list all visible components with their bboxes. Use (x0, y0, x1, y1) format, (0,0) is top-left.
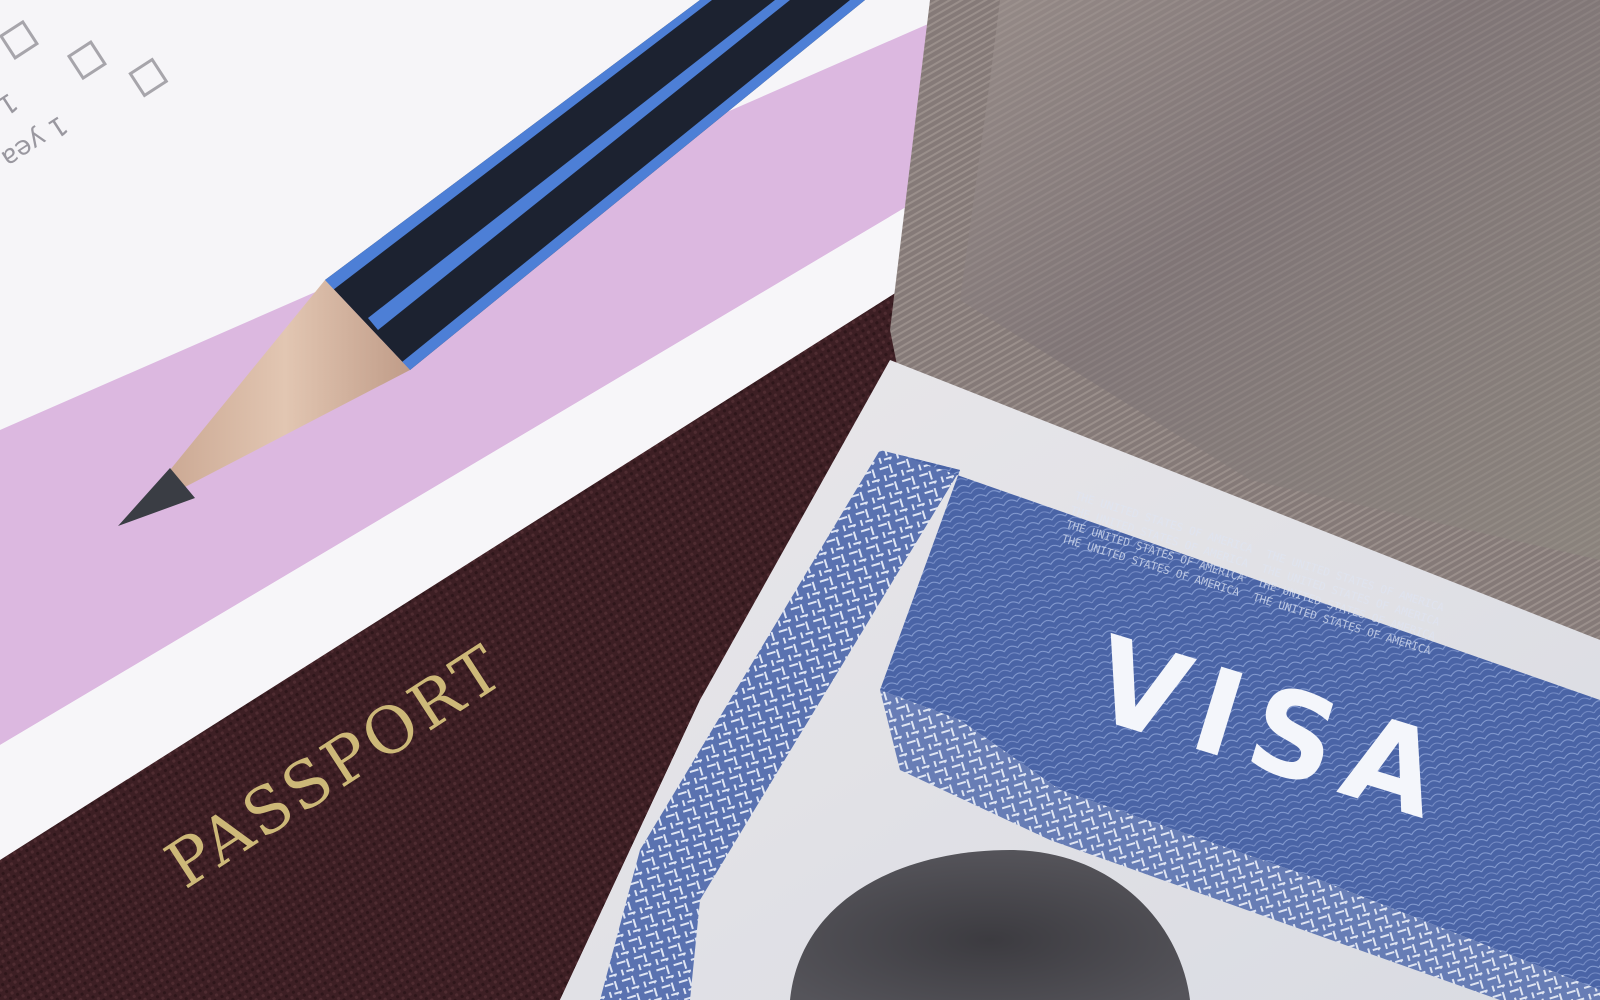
photo-scene: 1 y 1 yea THE UNITED STATES OF AMERICA T… (0, 0, 1600, 1000)
passport-visa-photo: 1 y 1 yea THE UNITED STATES OF AMERICA T… (0, 0, 1600, 1000)
